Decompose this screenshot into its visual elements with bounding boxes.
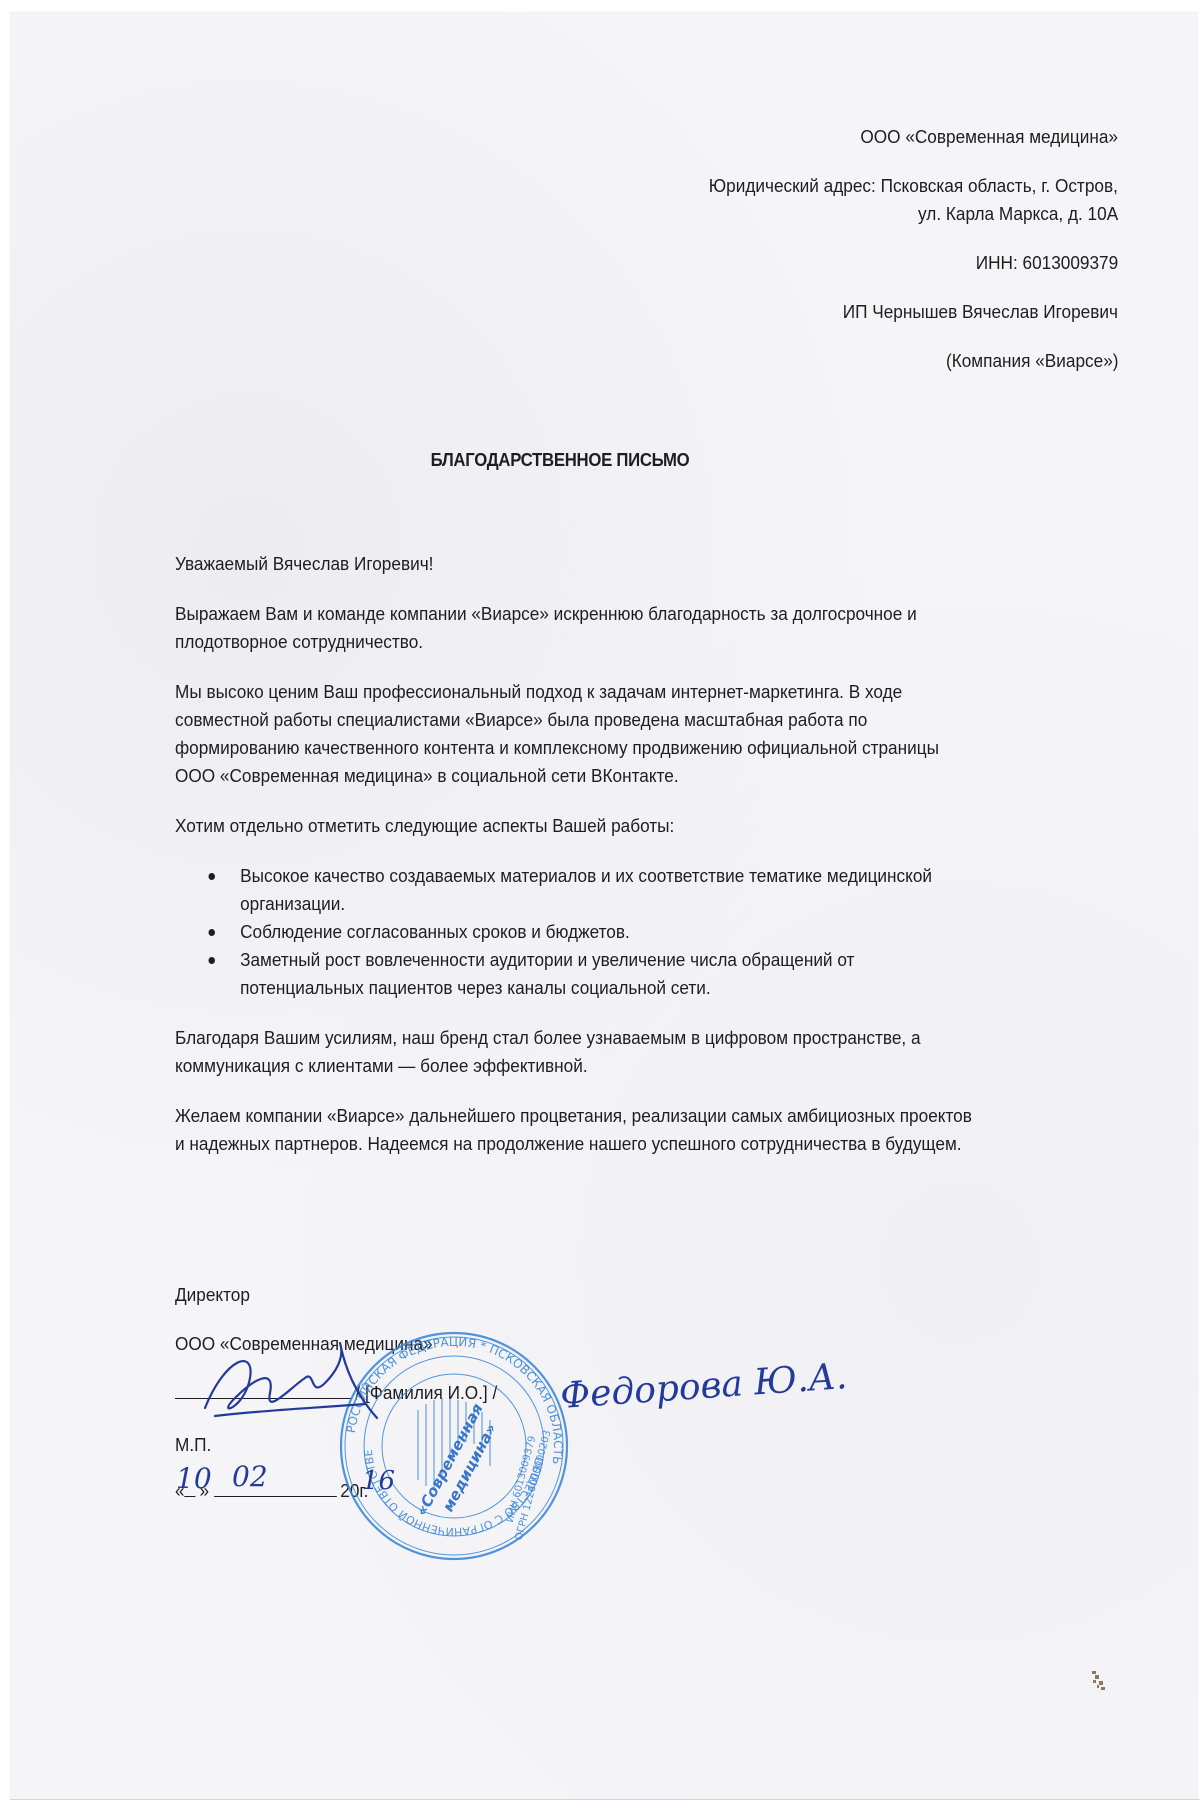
- seal-place-label: М.П.: [175, 1432, 211, 1458]
- paragraph-line: ООО «Современная медицина» в социальной …: [175, 762, 1086, 790]
- bullet-icon: [208, 929, 215, 936]
- paragraph-work-description: Мы высоко ценим Ваш профессиональный под…: [175, 678, 1086, 790]
- list-item: Заметный рост вовлеченности аудитории и …: [175, 946, 1086, 1002]
- list-item-line: потенциальных пациентов через каналы соц…: [240, 974, 1086, 1002]
- bullet-icon: [208, 873, 215, 880]
- scan-speck-icon: [1090, 1670, 1108, 1694]
- list-item-line: Высокое качество создаваемых материалов …: [240, 862, 1086, 890]
- signer-position: Директор: [175, 1282, 250, 1308]
- paragraph-line: совместной работы специалистами «Виарсе»…: [175, 706, 1086, 734]
- paragraph-line: и надежных партнеров. Надеемся на продол…: [175, 1130, 1086, 1158]
- paragraph-line: Мы высоко ценим Ваш профессиональный под…: [175, 678, 1086, 706]
- page-edge: [10, 1799, 1200, 1800]
- list-item: Высокое качество создаваемых материалов …: [175, 862, 1086, 918]
- handwritten-year: 16: [362, 1466, 395, 1496]
- recipient-company: (Компания «Виарсе»): [945, 348, 1118, 374]
- greeting: Уважаемый Вячеслав Игоревич!: [175, 550, 1086, 578]
- paragraph-line: коммуникация с клиентами — более эффекти…: [175, 1052, 1086, 1080]
- recipient-name: ИП Чернышев Вячеслав Игоревич: [843, 299, 1118, 325]
- list-item-line: организации.: [240, 890, 1086, 918]
- paragraph-gratitude: Выражаем Вам и команде компании «Виарсе»…: [175, 600, 1086, 656]
- list-item-line: Заметный рост вовлеченности аудитории и …: [240, 946, 1086, 974]
- paragraph-wishes: Желаем компании «Виарсе» дальнейшего про…: [175, 1102, 1086, 1158]
- paragraph-line: Благодаря Вашим усилиям, наш бренд стал …: [175, 1024, 1086, 1052]
- legal-address-line-2: ул. Карла Маркса, д. 10А: [918, 201, 1118, 227]
- inn: ИНН: 6013009379: [976, 250, 1118, 276]
- paragraph-line: Выражаем Вам и команде компании «Виарсе»…: [175, 600, 1086, 628]
- document-title: БЛАГОДАРСТВЕННОЕ ПИСЬМО: [39, 450, 1081, 471]
- handwritten-day: 10: [176, 1462, 212, 1495]
- aspects-intro: Хотим отдельно отметить следующие аспект…: [175, 812, 1086, 840]
- aspects-list: Высокое качество создаваемых материалов …: [175, 862, 1155, 1002]
- paragraph-line: формированию качественного контента и ко…: [175, 734, 1086, 762]
- sender-organization: ООО «Современная медицина»: [860, 124, 1118, 150]
- handwritten-signature-icon: [195, 1338, 385, 1433]
- list-item-line: Соблюдение согласованных сроков и бюджет…: [240, 918, 1086, 946]
- paragraph-results: Благодаря Вашим усилиям, наш бренд стал …: [175, 1024, 1086, 1080]
- handwritten-month: 02: [232, 1460, 268, 1493]
- legal-address-line-1: Юридический адрес: Псковская область, г.…: [709, 173, 1118, 199]
- paragraph-line: плодотворное сотрудничество.: [175, 628, 1086, 656]
- list-item: Соблюдение согласованных сроков и бюджет…: [175, 918, 1086, 946]
- bullet-icon: [208, 957, 215, 964]
- letter-body: Уважаемый Вячеслав Игоревич! Выражаем Ва…: [175, 550, 1155, 1180]
- paragraph-line: Желаем компании «Виарсе» дальнейшего про…: [175, 1102, 1086, 1130]
